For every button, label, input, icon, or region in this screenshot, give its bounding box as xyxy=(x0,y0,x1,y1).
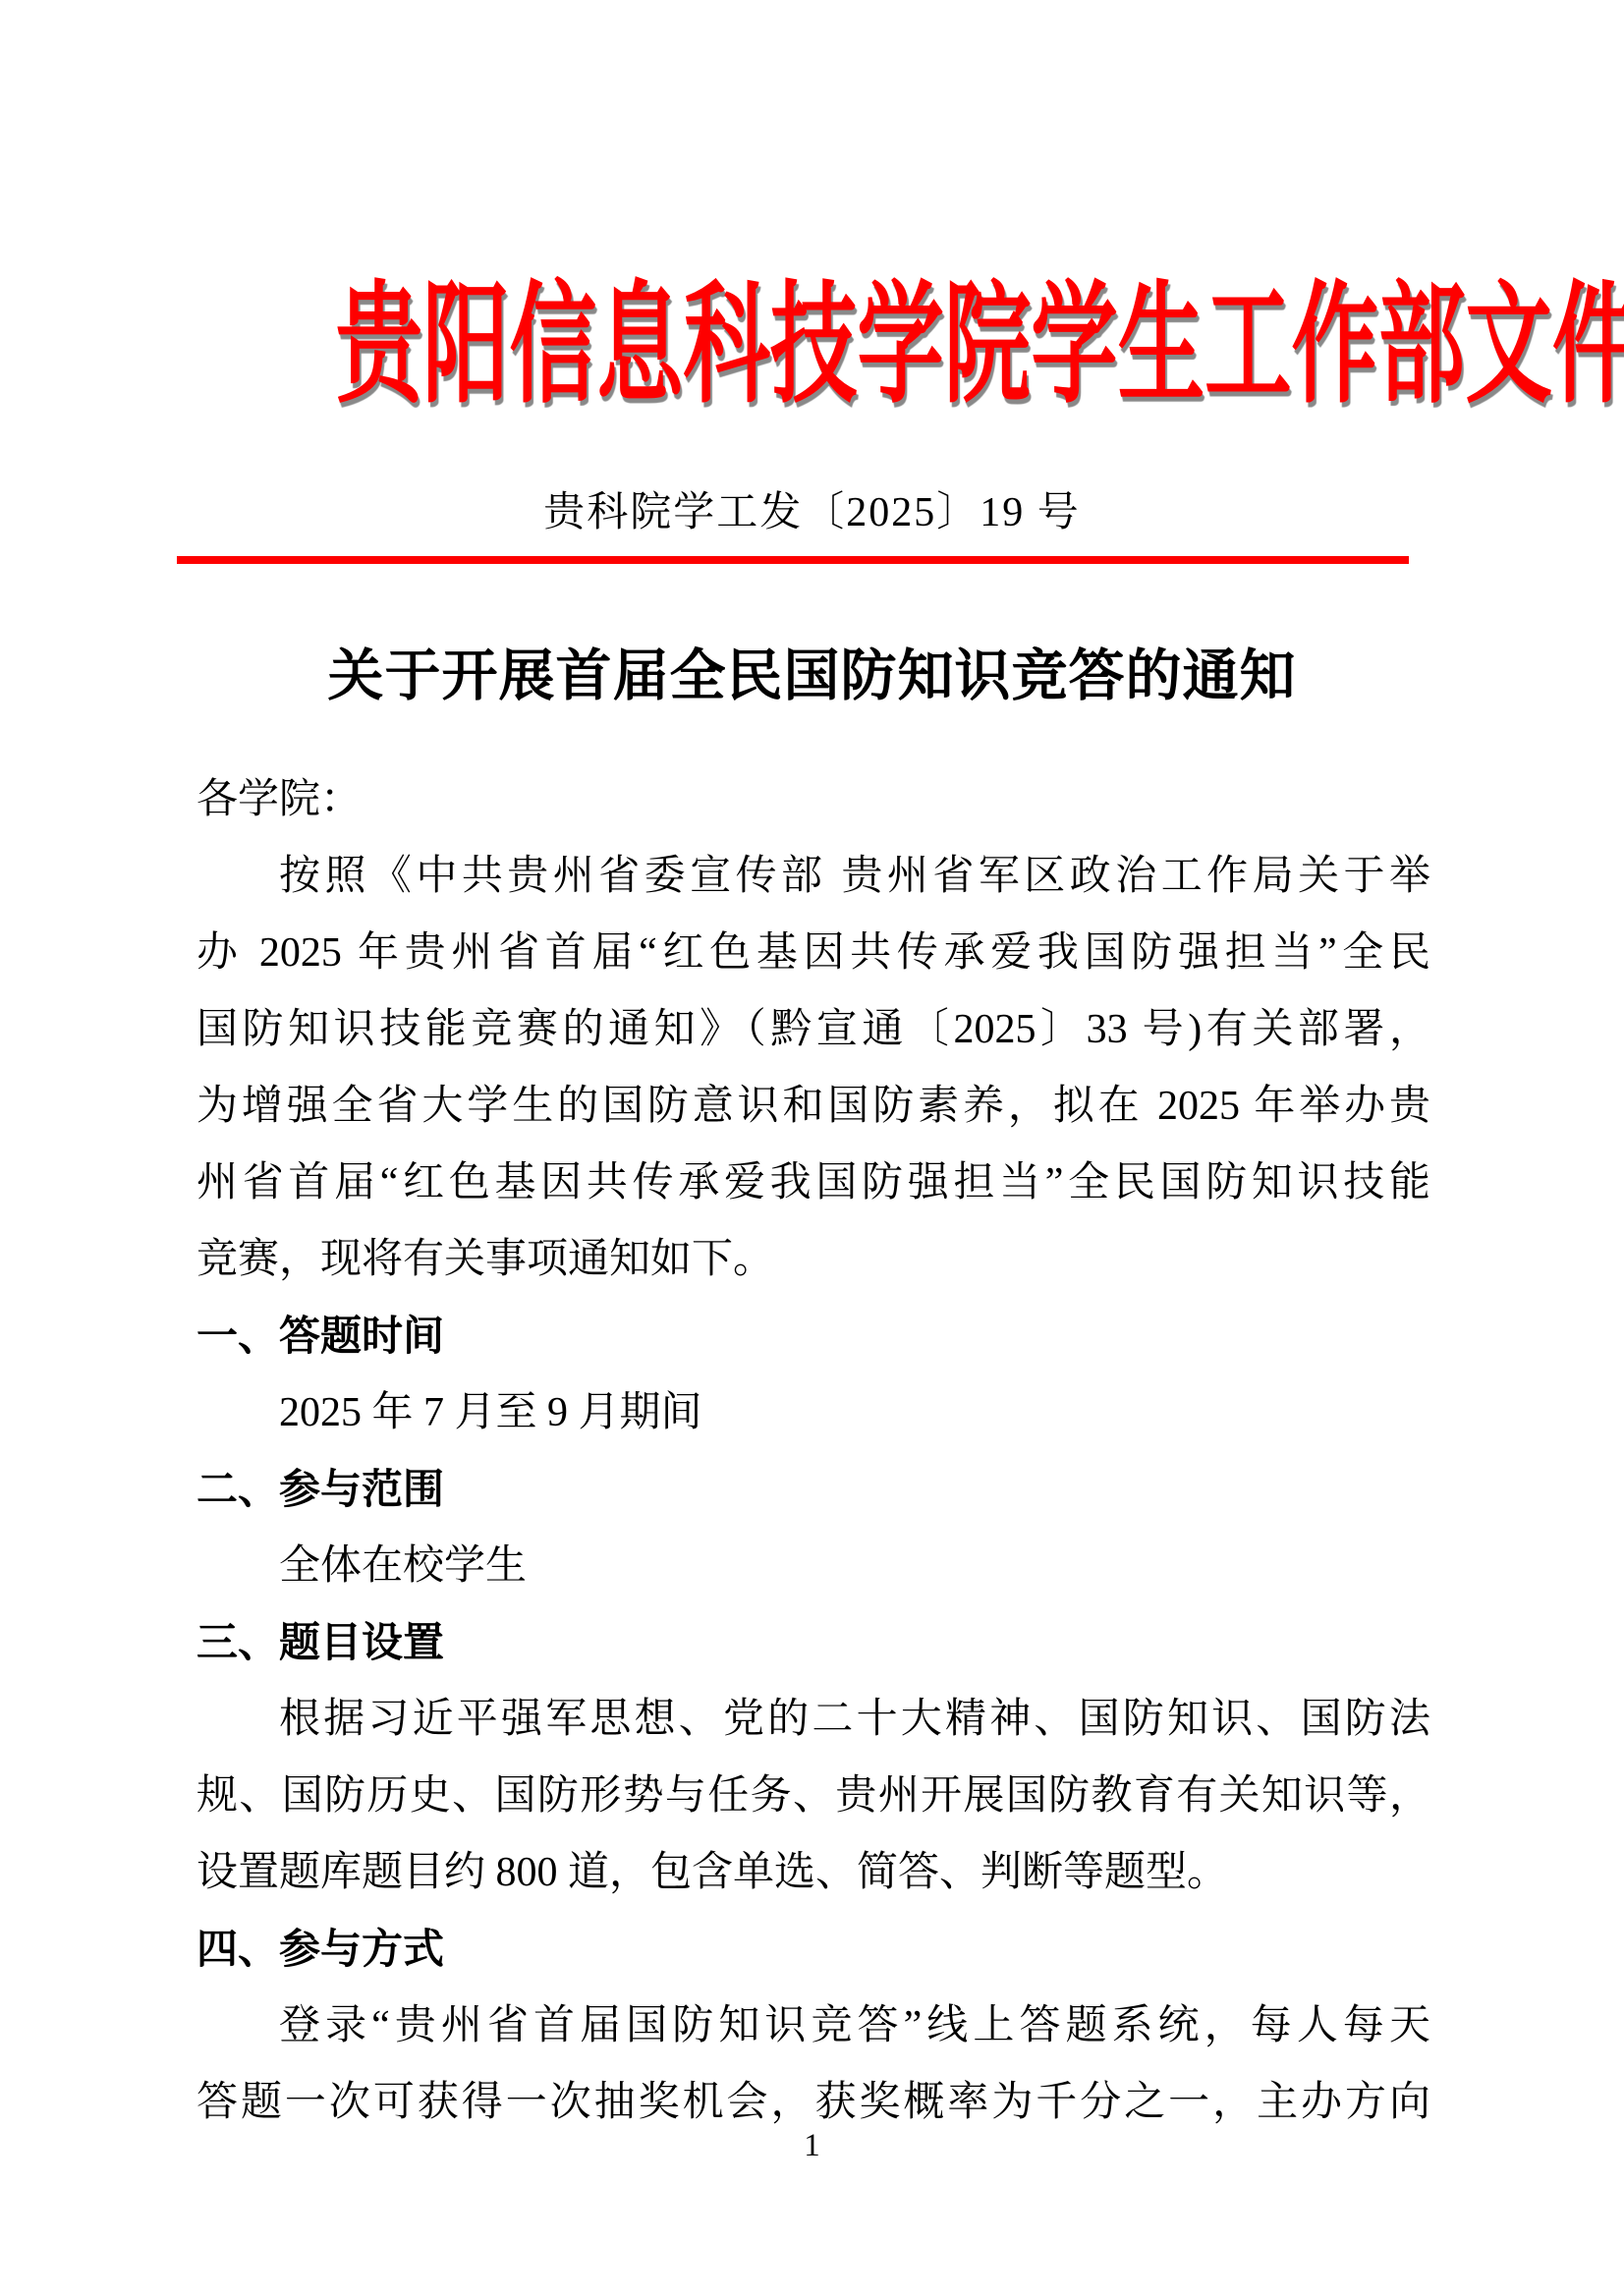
document-body: 各学院： 按照《中共贵州省委宣传部 贵州省军区政治工作局关于举 办 2025 年… xyxy=(196,761,1430,2141)
org-header-title: 贵阳信息科技学院学生工作部文件 xyxy=(336,267,1624,425)
red-letterhead: 贵阳信息科技学院学生工作部文件 xyxy=(0,267,1624,425)
body-line: 办 2025 年贵州省首届“红色基因共传承爱我国防强担当”全民 xyxy=(196,915,1430,991)
body-line: 设置题库题目约 800 道，包含单选、简答、判断等题型。 xyxy=(196,1834,1430,1911)
page-number: 1 xyxy=(0,2128,1624,2164)
section-heading: 四、参与方式 xyxy=(196,1911,1430,1988)
body-line: 登录“贵州省首届国防知识竞答”线上答题系统，每人每天 xyxy=(196,1988,1430,2064)
body-line: 州省首届“红色基因共传承爱我国防强担当”全民国防知识技能 xyxy=(196,1145,1430,1221)
section-heading: 二、参与范围 xyxy=(196,1451,1430,1528)
body-line: 国防知识技能竞赛的通知》（黔宣通〔2025〕33 号)有关部署， xyxy=(196,991,1430,1068)
red-divider-line xyxy=(177,556,1409,564)
body-line: 2025 年 7 月至 9 月期间 xyxy=(196,1374,1430,1451)
body-line: 规、国防历史、国防形势与任务、贵州开展国防教育有关知识等， xyxy=(196,1758,1430,1834)
salutation-line: 各学院： xyxy=(196,761,1430,838)
body-line: 按照《中共贵州省委宣传部 贵州省军区政治工作局关于举 xyxy=(196,838,1430,915)
doc-number: 贵科院学工发〔2025〕19 号 xyxy=(0,479,1624,538)
body-line: 全体在校学生 xyxy=(196,1528,1430,1604)
body-line: 为增强全省大学生的国防意识和国防素养，拟在 2025 年举办贵 xyxy=(196,1068,1430,1145)
section-heading: 三、题目设置 xyxy=(196,1604,1430,1681)
document-page: 贵阳信息科技学院学生工作部文件 贵科院学工发〔2025〕19 号 关于开展首届全… xyxy=(0,0,1624,2296)
section-heading: 一、答题时间 xyxy=(196,1298,1430,1374)
body-line: 根据习近平强军思想、党的二十大精神、国防知识、国防法 xyxy=(196,1681,1430,1758)
body-line: 竞赛，现将有关事项通知如下。 xyxy=(196,1221,1430,1298)
document-title: 关于开展首届全民国防知识竞答的通知 xyxy=(0,631,1624,711)
